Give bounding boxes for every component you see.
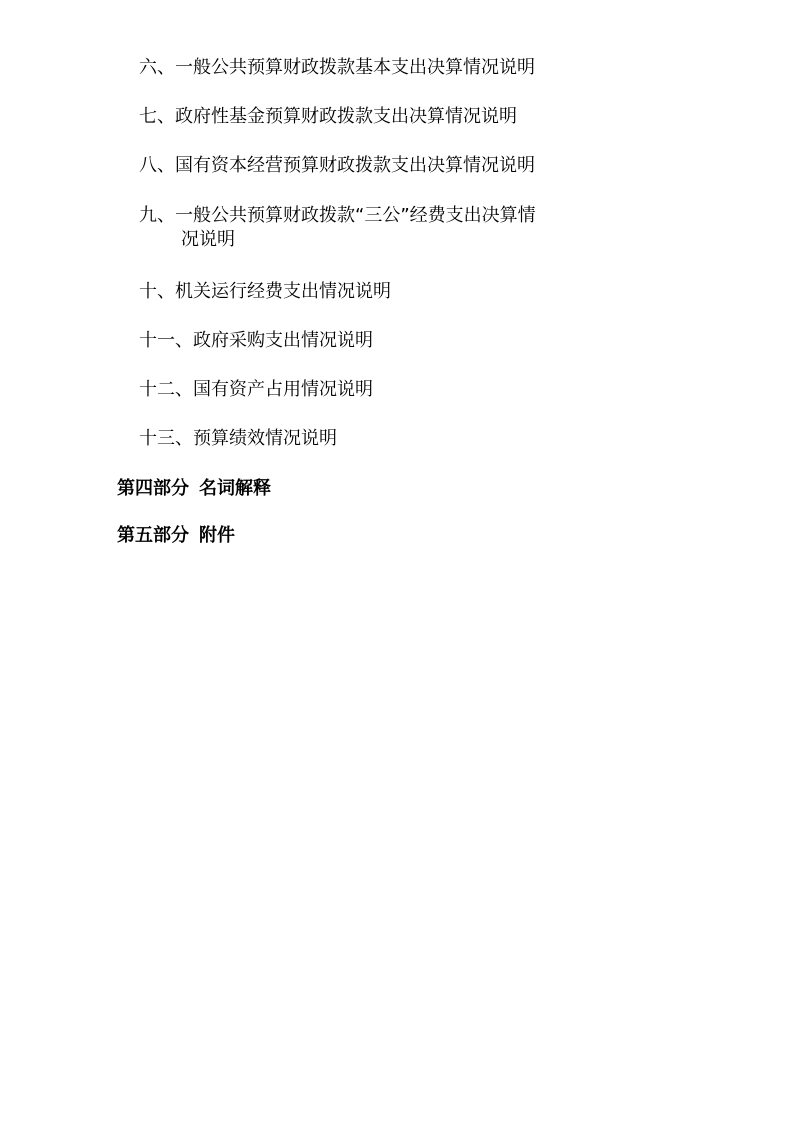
toc-item-9-line1: 九、一般公共预算财政拨款“三公”经费支出决算情 bbox=[139, 205, 536, 226]
toc-item-12: 十二、国有资产占用情况说明 bbox=[139, 378, 373, 402]
toc-item-13: 十三、预算绩效情况说明 bbox=[139, 427, 337, 451]
toc-item-9-line2: 况说明 bbox=[139, 228, 536, 252]
toc-item-10: 十、机关运行经费支出情况说明 bbox=[139, 280, 391, 304]
part-title: 附件 bbox=[199, 525, 235, 546]
toc-item-7: 七、政府性基金预算财政拨款支出决算情况说明 bbox=[139, 105, 517, 129]
part-label: 第四部分 bbox=[117, 478, 189, 499]
toc-part-4: 第四部分名词解释 bbox=[117, 477, 271, 501]
toc-item-11: 十一、政府采购支出情况说明 bbox=[139, 329, 373, 353]
toc-item-9: 九、一般公共预算财政拨款“三公”经费支出决算情 况说明 bbox=[139, 204, 536, 252]
toc-item-6: 六、一般公共预算财政拨款基本支出决算情况说明 bbox=[139, 56, 535, 80]
part-title: 名词解释 bbox=[199, 478, 271, 499]
toc-item-8: 八、国有资本经营预算财政拨款支出决算情况说明 bbox=[139, 154, 535, 178]
toc-part-5: 第五部分附件 bbox=[117, 524, 235, 548]
part-label: 第五部分 bbox=[117, 525, 189, 546]
